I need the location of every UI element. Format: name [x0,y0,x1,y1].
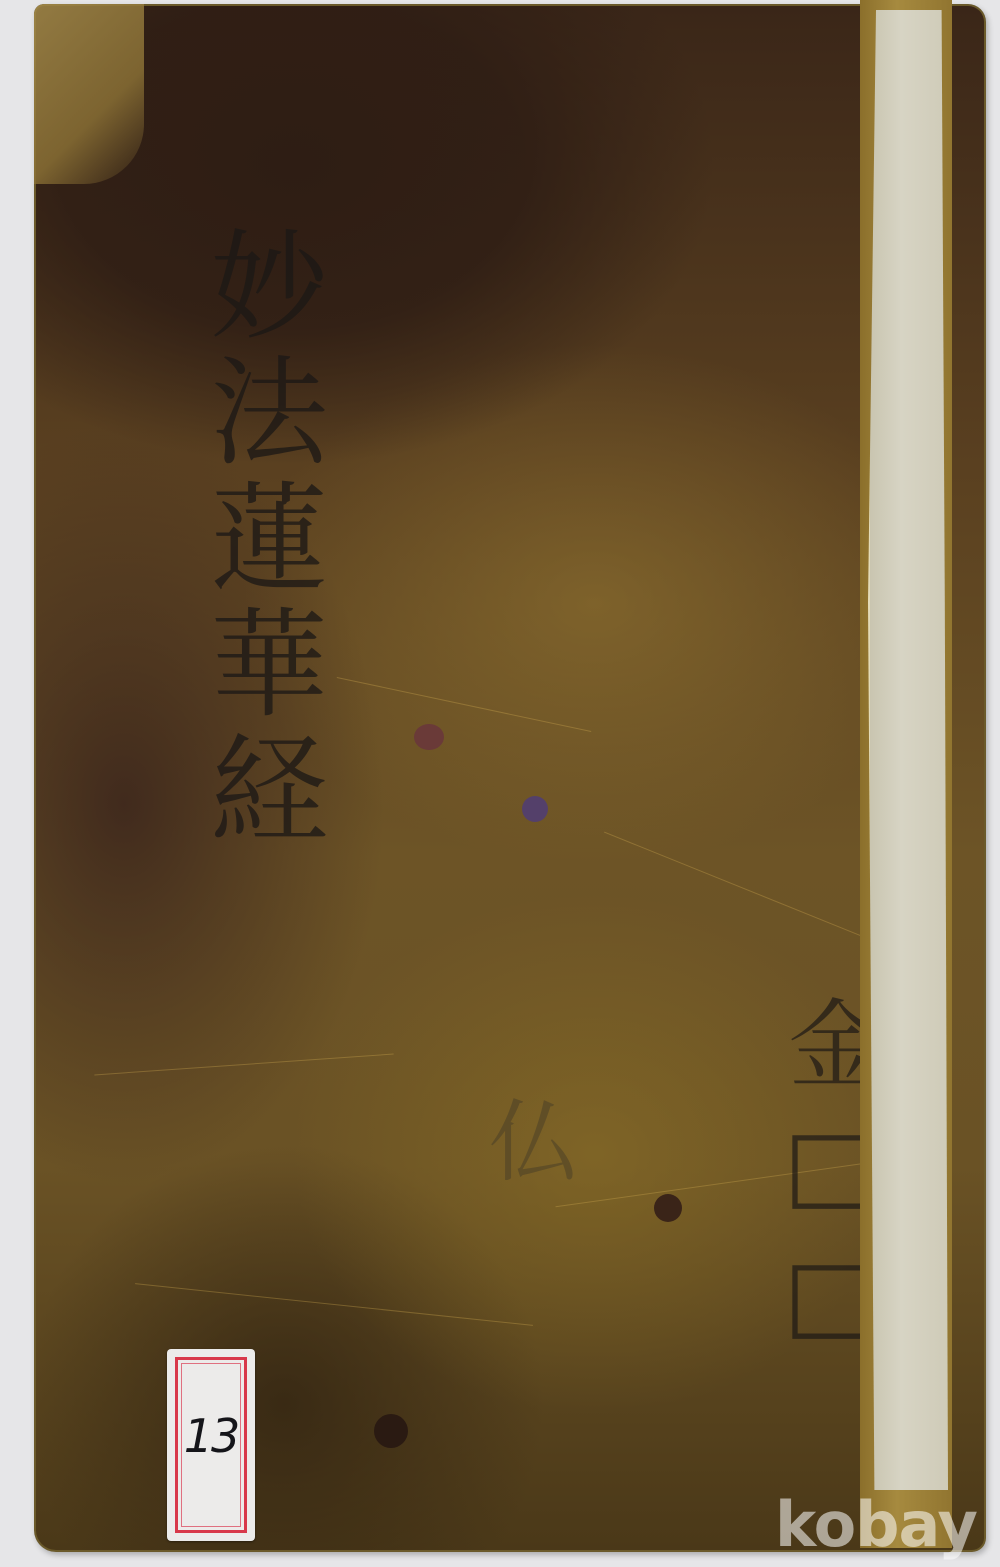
catalog-label: 13 [167,1349,255,1541]
worn-corner [34,4,144,184]
stain [374,1414,408,1448]
crack-line [604,832,864,938]
crack-line [337,677,592,732]
stain [414,724,444,750]
stain [522,796,548,822]
crack-line [135,1283,533,1326]
book-title: 妙法蓮華経 [194,224,324,854]
book-cover: 妙法蓮華経 金□□ 仏 [34,4,986,1552]
watermark: kobay [775,1488,977,1561]
pencil-mark: 仏 [489,1069,599,1189]
stain [654,1194,682,1222]
crack-line [94,1054,393,1076]
spine-repair-tissue [868,10,948,1490]
label-number: 13 [167,1409,255,1463]
